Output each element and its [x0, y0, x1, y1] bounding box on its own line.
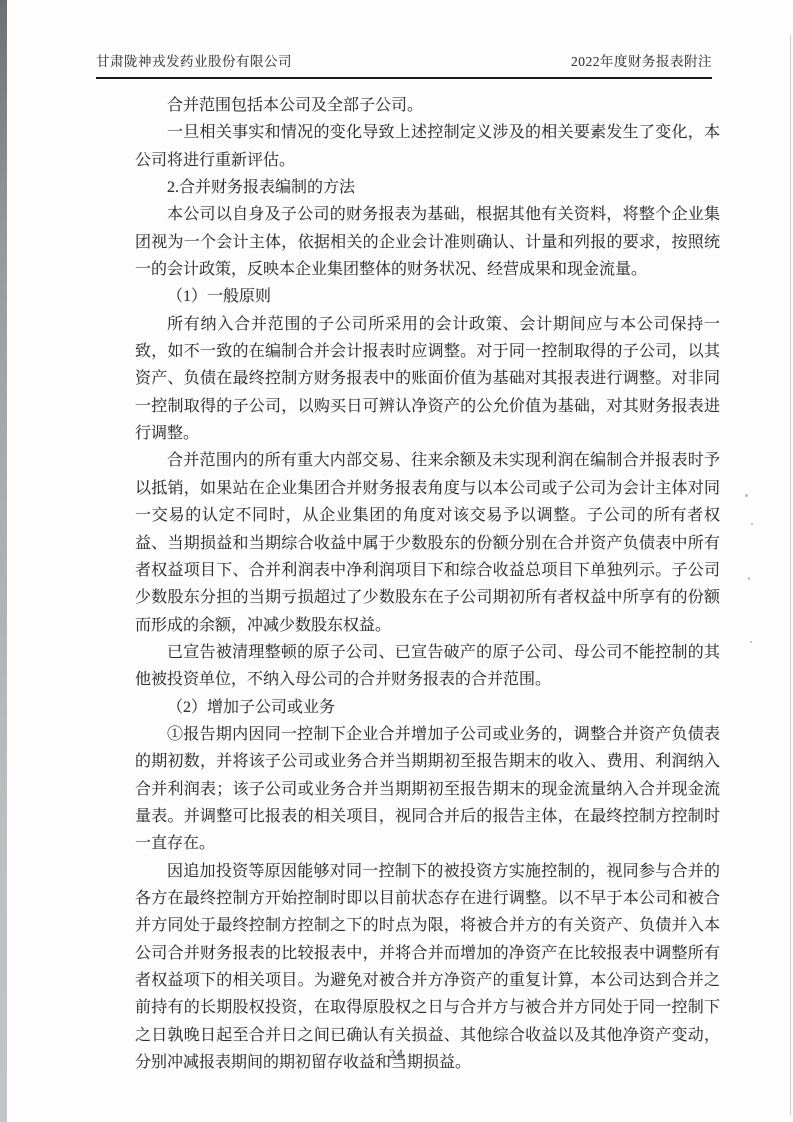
scan-noise-dot [751, 523, 753, 525]
page-header: 甘肃陇神戎发药业股份有限公司 2022年度财务报表附注 [96, 50, 712, 79]
paragraph-excluded-subsidiaries: 已宣告被清理整顿的原子公司、已宣告破产的原子公司、母公司不能控制的其他被投资单位… [135, 639, 720, 694]
document-page: 甘肃陇神戎发药业股份有限公司 2022年度财务报表附注 合并范围包括本公司及全部… [0, 0, 793, 1122]
paragraph-internal-transactions: 合并范围内的所有重大内部交易、往来余额及未实现利润在编制合并报表时予以抵销，如果… [135, 447, 720, 638]
paragraph-additional-investment-control: 因追加投资等原因能够对同一控制下的被投资方实施控制的，视同参与合并的各方在最终控… [135, 858, 720, 1077]
page-footer: 24 [0, 1046, 793, 1062]
document-body: 合并范围包括本公司及全部子公司。 一旦相关事实和情况的变化导致上述控制定义涉及的… [135, 92, 720, 1076]
paragraph-reassessment: 一旦相关事实和情况的变化导致上述控制定义涉及的相关要素发生了变化，本公司将进行重… [135, 119, 720, 174]
heading-general-principles: （1）一般原则 [135, 283, 720, 310]
scan-noise-dot [745, 494, 748, 497]
company-name: 甘肃陇神戎发药业股份有限公司 [96, 50, 292, 70]
scan-noise-dot [750, 641, 752, 643]
paragraph-accounting-policy-alignment: 所有纳入合并范围的子公司所采用的会计政策、会计期间应与本公司保持一致，如不一致的… [135, 311, 720, 448]
paragraph-merger-scope: 合并范围包括本公司及全部子公司。 [135, 92, 720, 119]
scan-edge-artifact-right [790, 35, 791, 1115]
heading-adding-subsidiaries: （2）增加子公司或业务 [135, 694, 720, 721]
heading-consolidation-method: 2.合并财务报表编制的方法 [135, 174, 720, 201]
report-title: 2022年度财务报表附注 [571, 50, 712, 70]
paragraph-consolidation-basis: 本公司以自身及子公司的财务报表为基础，根据其他有关资料，将整个企业集团视为一个会… [135, 201, 720, 283]
paragraph-same-control-addition: ①报告期内因同一控制下企业合并增加子公司或业务的，调整合并资产负债表的期初数，并… [135, 721, 720, 858]
scan-edge-artifact-left [0, 0, 7, 1122]
page-number: 24 [389, 1046, 404, 1061]
scan-noise-dot [748, 577, 750, 580]
